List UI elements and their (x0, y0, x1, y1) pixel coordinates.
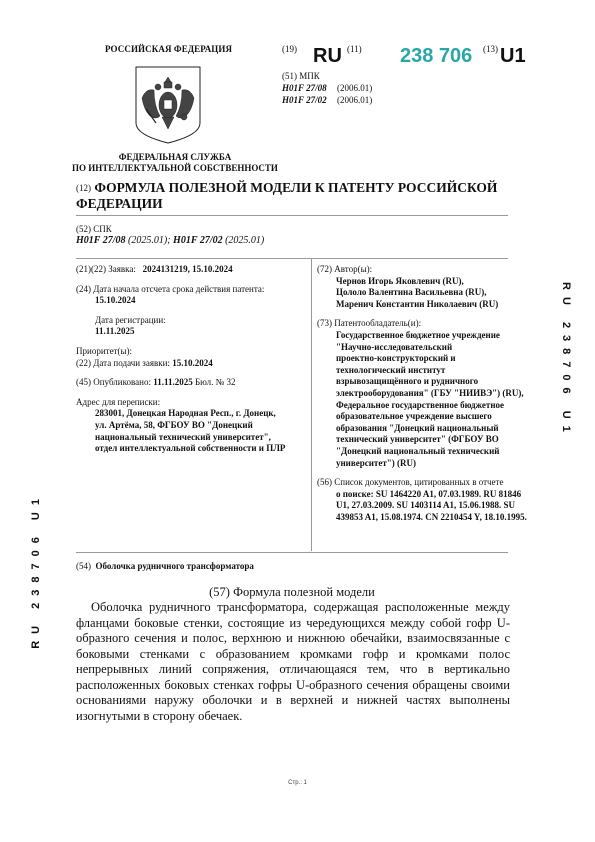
owner-line: взрывозащищённого и рудничного (317, 376, 527, 388)
cited-docs-line: U1, 27.03.2009. SU 1403114 A1, 15.06.198… (317, 500, 527, 512)
cpc-version: (2025.01) (225, 235, 264, 246)
kind-code: U1 (500, 45, 526, 68)
page-number: Стр.: 1 (0, 780, 595, 786)
cited-docs-label: (56) Список документов, цитированных в о… (317, 477, 527, 489)
author-name: Маренич Константин Николаевич (RU) (317, 299, 527, 311)
owner-line: "Донецкий национальный технический (317, 446, 527, 458)
invention-title-text: Оболочка рудничного трансформатора (96, 561, 254, 571)
published-value: 11.11.2025 (153, 377, 193, 387)
owner-line: образования "Донецкий национальный (317, 423, 527, 435)
registration-value: 11.11.2025 (76, 326, 308, 338)
divider (76, 552, 508, 553)
owners-label: (73) Патентообладатель(и): (317, 318, 527, 330)
application-label: (21)(22) Заявка: (76, 264, 136, 274)
ipc-row: H01F 27/02(2006.01) (282, 94, 372, 106)
filing-date-label: (22) Дата подачи заявки: (76, 358, 170, 368)
inid-code-13: (13) (483, 44, 498, 54)
application-field: (21)(22) Заявка: 2024131219, 15.10.2024 (76, 264, 308, 276)
country-name: РОССИЙСКАЯ ФЕДЕРАЦИЯ (105, 44, 232, 54)
address-line: ул. Артёма, 58, ФГБОУ ВО "Донецкий (76, 420, 308, 432)
column-divider (311, 258, 312, 551)
owner-line: технический университет" (ФГБОУ ВО (317, 434, 527, 446)
document-title: (12) ФОРМУЛА ПОЛЕЗНОЙ МОДЕЛИ К ПАТЕНТУ Р… (76, 180, 536, 212)
claims-heading: (57) Формула полезной модели (76, 585, 508, 600)
ipc-version: (2006.01) (337, 95, 372, 105)
inid-code-54: (54) (76, 561, 91, 571)
divider (76, 215, 508, 216)
inid-code-19: (19) (282, 44, 297, 54)
owner-line: университет") (RU) (317, 458, 527, 470)
address-line: национальный технический университет", (76, 432, 308, 444)
patent-number: 238 706 (400, 45, 472, 68)
cpc-version: (2025.01); (128, 235, 171, 246)
agency-name: ФЕДЕРАЛЬНАЯ СЛУЖБА ПО ИНТЕЛЛЕКТУАЛЬНОЙ С… (60, 152, 290, 174)
registration-label: Дата регистрации: (76, 315, 308, 327)
author-name: Чернов Игорь Яковлевич (RU), (317, 276, 527, 288)
agency-line-2: ПО ИНТЕЛЛЕКТУАЛЬНОЙ СОБСТВЕННОСТИ (60, 163, 290, 174)
divider (76, 258, 508, 259)
owner-line: Федеральное государственное бюджетное (317, 400, 527, 412)
owner-line: проектно-конструкторский и (317, 353, 527, 365)
country-code: RU (313, 45, 342, 68)
ipc-class: H01F 27/02 (282, 94, 337, 106)
priority-label: Приоритет(ы): (76, 346, 308, 358)
owner-line: образовательное учреждение высшего (317, 411, 527, 423)
ipc-class: H01F 27/08 (282, 82, 337, 94)
authors-label: (72) Автор(ы): (317, 264, 527, 276)
cpc-label: (52) СПК (76, 223, 264, 235)
filing-date-field: (22) Дата подачи заявки: 15.10.2024 (76, 358, 308, 370)
cpc-classification: (52) СПК H01F 27/08 (2025.01); H01F 27/0… (76, 223, 264, 247)
side-patent-number-right: RU 238706 U1 (560, 282, 572, 439)
owner-line: электрооборудования" (ГБУ "НИИВЭ") (RU), (317, 388, 527, 400)
double-headed-eagle-icon (134, 65, 202, 145)
owner-line: "Научно-исследовательский (317, 342, 527, 354)
invention-title: (54) Оболочка рудничного трансформатора (76, 561, 254, 571)
bibliographic-right-column: (72) Автор(ы): Чернов Игорь Яковлевич (R… (317, 264, 527, 523)
address-line: отдел интеллектуальной собственности и П… (76, 443, 308, 455)
coat-of-arms-emblem (134, 65, 202, 145)
cited-docs-line: 439853 A1, 15.08.1974. CN 2210454 Y, 18.… (317, 512, 527, 524)
filing-date-value: 15.10.2024 (172, 358, 213, 368)
owner-line: Государственное бюджетное учреждение (317, 330, 527, 342)
cpc-class: H01F 27/02 (173, 235, 223, 246)
address-label: Адрес для переписки: (76, 397, 308, 409)
ipc-row: H01F 27/08(2006.01) (282, 82, 372, 94)
cited-docs-line: о поиске: SU 1464220 A1, 07.03.1989. RU … (317, 489, 527, 501)
inid-code-11: (11) (347, 44, 362, 54)
side-patent-number-left: RU 238706 U1 (30, 492, 42, 649)
inid-code-12: (12) (76, 183, 91, 193)
author-name: Цололо Валентина Васильевна (RU), (317, 287, 527, 299)
ipc-classification: (51) МПК H01F 27/08(2006.01) H01F 27/02(… (282, 70, 372, 106)
ipc-version: (2006.01) (337, 83, 372, 93)
published-field: (45) Опубликовано: 11.11.2025 Бюл. № 32 (76, 377, 308, 389)
bulletin-number: Бюл. № 32 (195, 377, 236, 387)
application-value: 2024131219, 15.10.2024 (143, 264, 233, 274)
ipc-label: (51) МПК (282, 70, 372, 82)
term-start-value: 15.10.2024 (76, 295, 308, 307)
published-label: (45) Опубликовано: (76, 377, 151, 387)
term-start-label: (24) Дата начала отсчета срока действия … (76, 284, 308, 296)
claims-text: Оболочка рудничного трансформатора, соде… (76, 600, 510, 724)
agency-line-1: ФЕДЕРАЛЬНАЯ СЛУЖБА (60, 152, 290, 163)
bibliographic-left-column: (21)(22) Заявка: 2024131219, 15.10.2024 … (76, 264, 308, 455)
address-line: 283001, Донецкая Народная Респ., г. Доне… (76, 408, 308, 420)
owner-line: технологический институт (317, 365, 527, 377)
cpc-class: H01F 27/08 (76, 235, 126, 246)
document-title-text: ФОРМУЛА ПОЛЕЗНОЙ МОДЕЛИ К ПАТЕНТУ РОССИЙ… (76, 180, 497, 211)
